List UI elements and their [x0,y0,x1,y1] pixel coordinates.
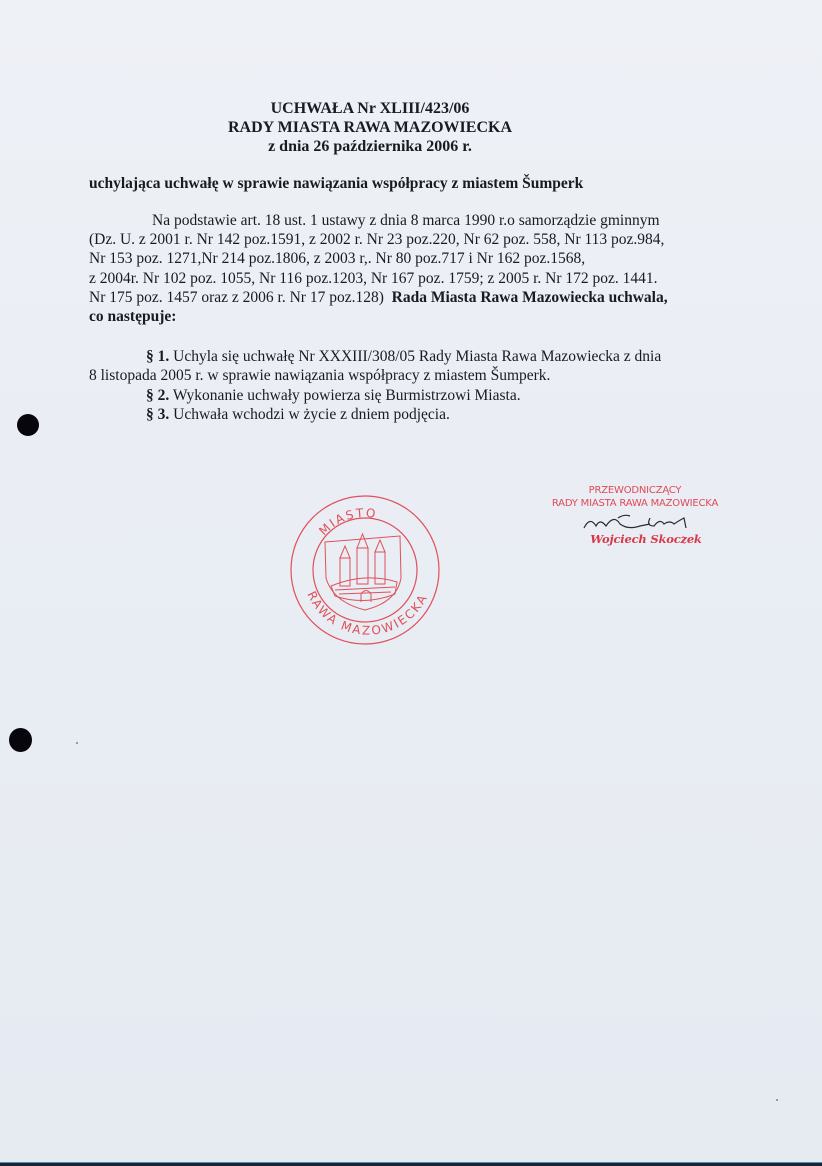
paragraph-1-continuation: 8 listopada 2005 r. w sprawie nawiązania… [89,367,550,385]
paragraph-label: § 2. [146,387,169,404]
preamble-line: Nr 175 poz. 1457 oraz z 2006 r. Nr 17 po… [89,289,384,306]
punch-hole [9,728,32,752]
stamp-bottom-text: RAWA MAZOWIECKA [304,589,430,638]
resolution-title: UCHWAŁA Nr XLIII/423/06 [0,99,740,118]
paragraph-2: § 2. Wykonanie uchwały powierza się Burm… [146,387,521,405]
preamble-line-with-resolution: Nr 175 poz. 1457 oraz z 2006 r. Nr 17 po… [89,289,668,307]
stamp-top-text: MIASTO [316,506,378,538]
paragraph-text: Wykonanie uchwały powierza się Burmistrz… [173,387,521,404]
paragraph-label: § 3. [146,406,169,423]
signature-title: RADY MIASTA RAWA MAZOWIECKA [535,497,735,510]
scan-speck [76,742,78,744]
paragraph-text: Uchwała wchodzi w życie z dniem podjęcia… [173,406,450,423]
scan-bottom-edge [0,1162,822,1166]
signature-title: PRZEWODNICZĄCY [535,484,735,497]
preamble-line: z 2004r. Nr 102 poz. 1055, Nr 116 poz.12… [89,270,658,288]
signature-block: PRZEWODNICZĄCY RADY MIASTA RAWA MAZOWIEC… [535,484,735,546]
svg-text:MIASTO: MIASTO [316,506,378,538]
city-stamp: MIASTO RAWA MAZOWIECKA [285,490,445,650]
preamble-line: Na podstawie art. 18 ust. 1 ustawy z dni… [152,212,660,230]
preamble-line: (Dz. U. z 2001 r. Nr 142 poz.1591, z 200… [89,231,664,249]
preamble-line: Nr 153 poz. 1271,Nr 214 poz.1806, z 2003… [89,250,585,268]
punch-hole [17,414,39,436]
resolution-subject: uchylająca uchwałę w sprawie nawiązania … [89,175,583,193]
handwritten-signature [580,512,690,532]
council-name: RADY MIASTA RAWA MAZOWIECKA [0,118,740,137]
svg-text:RAWA MAZOWIECKA: RAWA MAZOWIECKA [304,589,430,638]
scan-speck [776,1099,778,1101]
paragraph-label: § 1. [146,348,169,365]
paragraph-text: Uchyla się uchwałę Nr XXXIII/308/05 Rady… [173,348,661,365]
signatory-name: Wojciech Skoczek [557,532,735,546]
paragraph-1: § 1. Uchyla się uchwałę Nr XXXIII/308/05… [146,348,661,366]
coat-of-arms-castle-icon [325,534,401,610]
paragraph-3: § 3. Uchwała wchodzi w życie z dniem pod… [146,406,450,424]
scanned-page: UCHWAŁA Nr XLIII/423/06 RADY MIASTA RAWA… [0,0,822,1162]
resolution-date: z dnia 26 października 2006 r. [0,137,740,156]
resolution-formula-continued: co następuje: [89,308,176,326]
resolution-formula: Rada Miasta Rawa Mazowiecka uchwala, [392,289,668,306]
